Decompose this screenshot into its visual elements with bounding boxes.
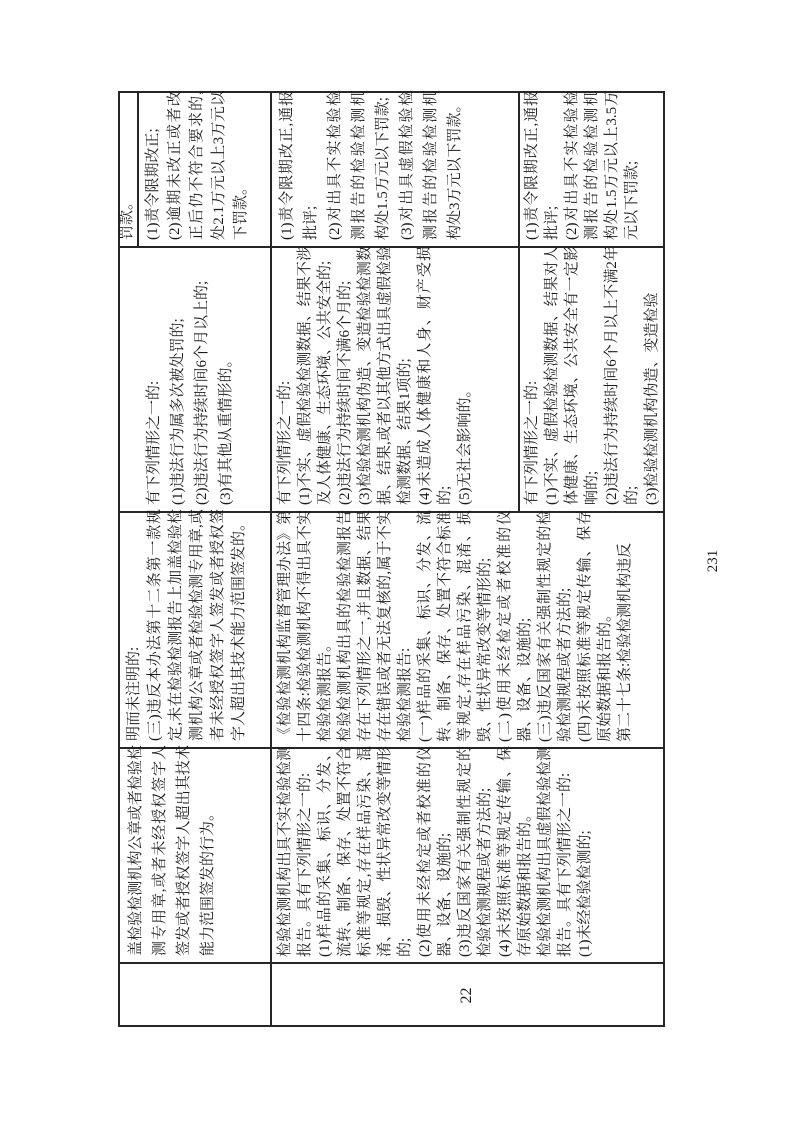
paragraph: (2)对出具不实检验检测报告的检验检测机构处1.5万元以上3.5万元以下罚款; (562, 91, 642, 240)
paragraph: (1)不实、虚假检验检测数据、结果对人体健康、生态环境、公共安全有一定影响的; (542, 246, 602, 505)
paragraph: (1)违法行为属多次被处罚的; (166, 246, 190, 505)
paragraph: 第二十七条:检验检测机构违反 (615, 510, 635, 742)
paragraph: (1)责令限期改正,通报批评; (522, 91, 562, 240)
cell-prevrow-circumstances-tail: 有下列情形之一的:(1)违法行为属多次被处罚的;(2)违法行为持续时间6个月以上… (120, 240, 294, 511)
paragraph: 检验检测机构出具的检验检测报告存在下列情形之一,并且数据、结果存在错误或者无法复… (335, 510, 415, 742)
serial-number: 22 (457, 988, 477, 1004)
paragraph: (2)逾期未改正或者改正后仍不符合要求的,处2.1万元以上3万元以下罚款。 (164, 91, 252, 240)
paragraph: (四)未按照标准等规定传输、保存原始数据和报告的。 (575, 510, 615, 742)
cell-prevrow-violation-tail: 盖检验检测机构公章或者检验检测专用章,或者未经授权签字人签发或者授权签字人超出其… (120, 739, 276, 962)
paragraph: (1)责令限期改正,通报批评; (275, 91, 323, 240)
paragraph: 《检验检测机构监督管理办法》第十四条:检验检测机构不得出具不实检验检测报告。 (275, 510, 335, 742)
paragraph: (1)责令限期改正; (142, 91, 164, 240)
paragraph: (3)检验检测机构伪造、变造检验 (642, 246, 662, 505)
cell-prevrow-penalty-tail: (1)责令限期改正;(2)逾期未改正或者改正后仍不符合要求的,处2.1万元以上3… (139, 85, 274, 246)
paragraph: 有下列情形之一的: (522, 246, 542, 505)
paragraph: 盖检验检测机构公章或者检验检测专用章,或者未经授权签字人签发或者授权签字人超出其… (124, 745, 220, 956)
paragraph: 检验检测机构出具不实检验检测报告。具有下列情形之一的: (275, 746, 315, 957)
penalty-fragment-text: 罚款。 (119, 195, 135, 240)
paragraph: (三)违反国家有关强制性规定的检验检测规程或者方法的; (535, 510, 575, 742)
grid-line (118, 963, 665, 965)
cell-prevrow-penalty-fragment: 罚款。 (119, 85, 136, 246)
paragraph: (1)不实、虚假检验检测数据、结果不涉及人体健康、生态环境、公共安全的; (295, 246, 335, 505)
paragraph: (一)样品的采集、标识、分发、流转、制备、保存、处置不符合标准等规定,存在样品污… (415, 510, 495, 742)
paragraph: (2)违法行为持续时间6个月以上的; (190, 246, 214, 505)
cell-row22-circumstances-minor: 有下列情形之一的:(1)不实、虚假检验检测数据、结果不涉及人体健康、生态环境、公… (272, 240, 522, 511)
paragraph: (3)有其他从重情形的。 (214, 246, 238, 505)
paragraph: (1)未经检验检测的; (575, 746, 595, 957)
paragraph: 明而未注明的: (124, 509, 145, 741)
cell-row22-serial: 22 (271, 965, 662, 1026)
document-page: 盖检验检测机构公章或者检验检测专用章,或者未经授权签字人签发或者授权签字人超出其… (0, 0, 793, 1122)
paragraph: (2)违法行为持续时间6个月以上不满2年的; (602, 246, 642, 505)
paragraph: 检验检测机构出具虚假检验检测报告。具有下列情形之一的: (535, 746, 575, 957)
paragraph: (4)未造成人体健康和人身、财产受损的; (415, 246, 455, 505)
paragraph: (3)违反国家有关强制性规定的检验检测规程或者方法的; (455, 746, 495, 957)
cell-row22-penalty-general: (1)责令限期改正,通报批评;(2)对出具不实检验检测报告的检验检测机构处1.5… (520, 85, 665, 246)
cell-row22-basis: 《检验检测机构监督管理办法》第十四条:检验检测机构不得出具不实检验检测报告。检验… (272, 505, 667, 747)
paragraph: (4)未按照标准等规定传输、保存原始数据和报告的。 (495, 746, 535, 957)
cell-row22-circumstances-general: 有下列情形之一的:(1)不实、虚假检验检测数据、结果对人体健康、生态环境、公共安… (520, 240, 665, 511)
page-number: 231 (705, 0, 722, 1122)
paragraph: (1)样品的采集、标识、分发、流转、制备、保存、处置不符合标准等规定,存在样品污… (315, 746, 415, 957)
paragraph: (3)对出具虚假检验检测报告的检验检测机构处3万元以下罚款。 (395, 91, 467, 240)
paragraph: (2)违法行为持续时间不满6个月的; (335, 246, 355, 505)
paragraph: 有下列情形之一的: (142, 246, 166, 505)
cell-prevrow-basis-tail: 明而未注明的:(三)违反本办法第十二条第一款规定,未在检验检测报告上加盖检验检测… (120, 503, 276, 747)
paragraph: (3)检验检测机构伪造、变造检验检测数据、结果,或者以其他方式出具虚假检验检测数… (355, 246, 415, 505)
paragraph: (2)使用未经检定或者校准的仪器、设备、设施的; (415, 746, 455, 957)
cell-row22-penalty-minor: (1)责令限期改正,通报批评;(2)对出具不实检验检测报告的检验检测机构处1.5… (272, 85, 522, 246)
paragraph: (二)使用未经检定或者校准的仪器、设备、设施的; (495, 510, 535, 742)
paragraph: (2)对出具不实检验检测报告的检验检测机构处1.5万元以下罚款; (323, 91, 395, 240)
paragraph: (5)无社会影响的。 (455, 246, 475, 505)
cell-row22-violation: 检验检测机构出具不实检验检测报告。具有下列情形之一的:(1)样品的采集、标识、分… (272, 741, 667, 962)
paragraph: (三)违反本办法第十二条第一款规定,未在检验检测报告上加盖检验检测机构公章或者检… (145, 509, 250, 741)
paragraph: 有下列情形之一的: (275, 246, 295, 505)
